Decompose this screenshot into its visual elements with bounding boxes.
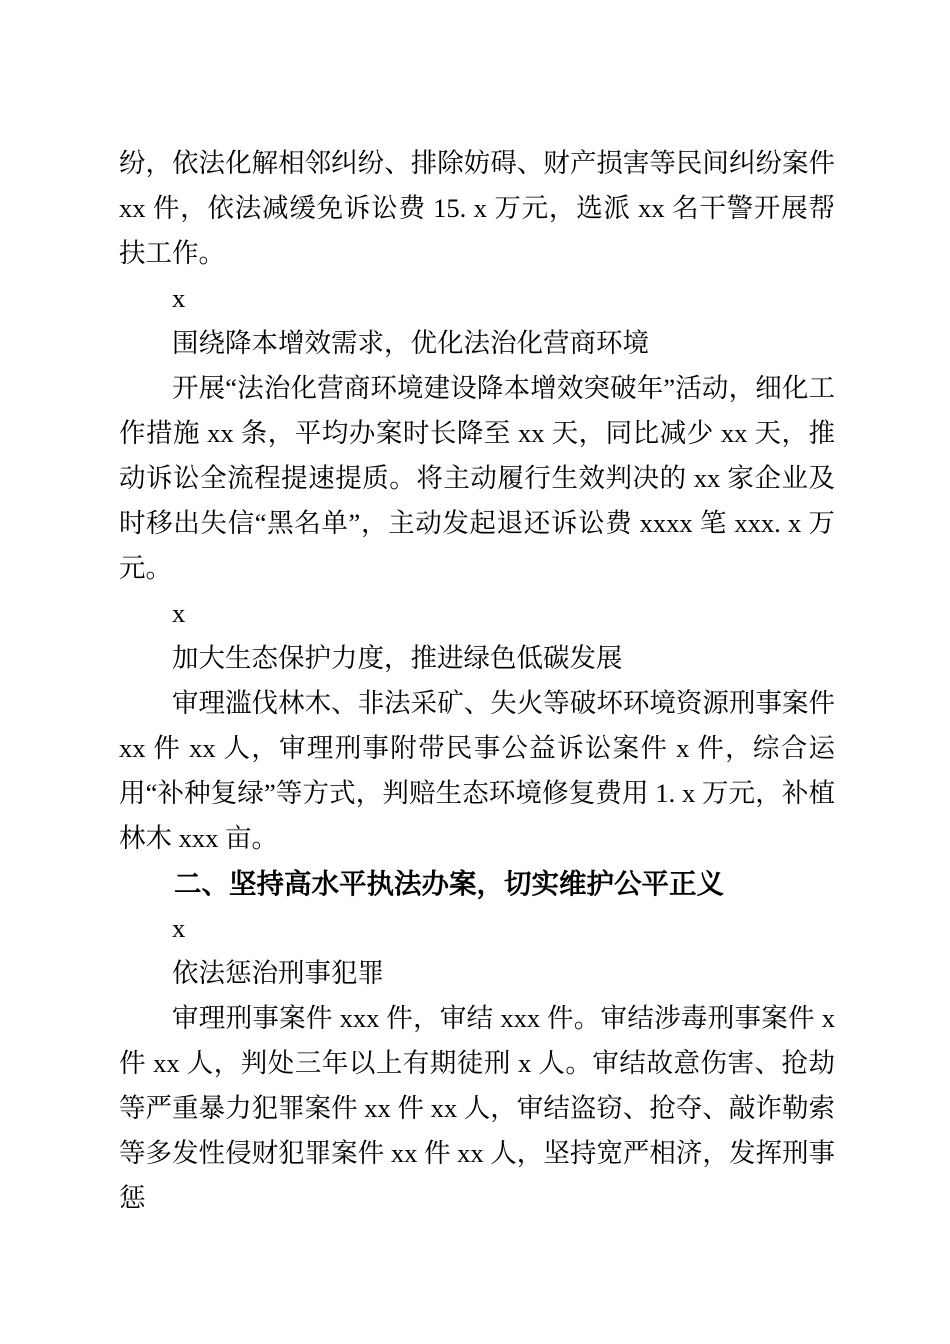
paragraph-list: 纷，依法化解相邻纠纷、排除妨碍、财产损害等民间纠纷案件 xx 件，依法减缓免诉讼… [119,141,835,1221]
placeholder-line: x [119,276,835,321]
sub-heading: 围绕降本增效需求，优化法治化营商环境 [119,321,835,366]
section-heading: 二、坚持高水平执法办案，切实维护公平正义 [119,861,835,906]
sub-heading: 加大生态保护力度，推进绿色低碳发展 [119,636,835,681]
document-body: 纷，依法化解相邻纠纷、排除妨碍、财产损害等民间纠纷案件 xx 件，依法减缓免诉讼… [0,0,950,1221]
placeholder-line: x [119,591,835,636]
body-paragraph: 审理滥伐林木、非法采矿、失火等破坏环境资源刑事案件 xx 件 xx 人，审理刑事… [119,681,835,861]
body-paragraph: 开展“法治化营商环境建设降本增效突破年”活动，细化工作措施 xx 条，平均办案时… [119,366,835,591]
document-page: 纷，依法化解相邻纠纷、排除妨碍、财产损害等民间纠纷案件 xx 件，依法减缓免诉讼… [0,0,950,1344]
body-paragraph: 审理刑事案件 xxx 件，审结 xxx 件。审结涉毒刑事案件 x 件 xx 人，… [119,996,835,1221]
body-paragraph: 纷，依法化解相邻纠纷、排除妨碍、财产损害等民间纠纷案件 xx 件，依法减缓免诉讼… [119,141,835,276]
placeholder-line: x [119,906,835,951]
sub-heading: 依法惩治刑事犯罪 [119,951,835,996]
